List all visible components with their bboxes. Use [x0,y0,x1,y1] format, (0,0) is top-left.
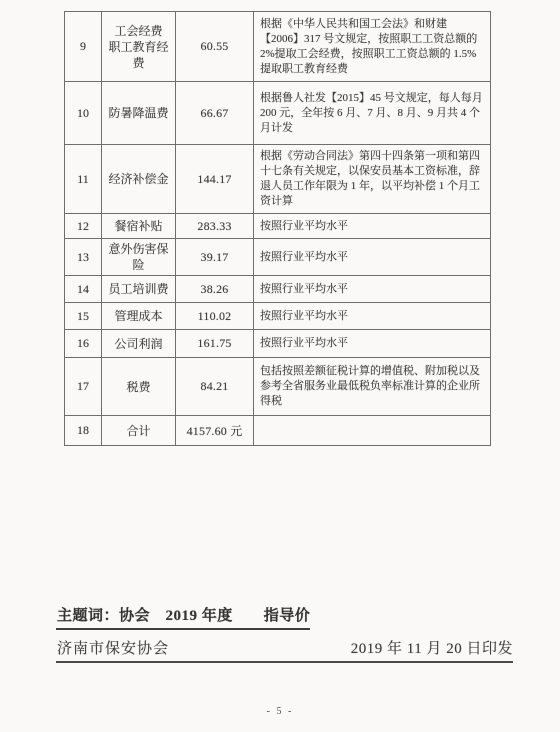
value-cell: 38.26 [176,276,254,303]
row-number-cell: 15 [65,303,102,330]
table-row: 13 意外伤害保险 39.17 按照行业平均水平 [65,239,491,276]
basis-cell [254,416,491,446]
table-row: 14 员工培训费 38.26 按照行业平均水平 [65,276,491,303]
table-row: 9 工会经费 职工教育经费 60.55 根据《中华人民共和国工会法》和财建【20… [65,12,491,82]
row-number-cell: 14 [65,276,102,303]
table-row: 16 公司利润 161.75 按照行业平均水平 [65,330,491,358]
row-number-cell: 12 [65,214,102,239]
row-number-cell: 9 [65,12,102,82]
page-number: - 5 - [0,706,560,717]
item-name-cell: 管理成本 [102,303,176,330]
item-name-cell: 意外伤害保险 [102,239,176,276]
value-cell: 60.55 [176,12,254,82]
row-number-cell: 16 [65,330,102,358]
print-date: 2019 年 11 月 20 日印发 [351,637,513,658]
value-cell: 283.33 [176,214,254,239]
item-name-cell: 防暑降温费 [102,82,176,145]
table-row: 15 管理成本 110.02 按照行业平均水平 [65,303,491,330]
row-number-cell: 11 [65,145,102,214]
basis-cell: 根据《中华人民共和国工会法》和财建【2006】317 号文规定，按照职工工资总额… [254,12,491,82]
basis-cell: 根据鲁人社发【2015】45 号文规定，每人每月 200 元，全年按 6 月、7… [254,82,491,145]
item-name-cell: 员工培训费 [102,276,176,303]
value-cell: 144.17 [176,145,254,214]
horizontal-rule [56,661,513,663]
table-row: 12 餐宿补贴 283.33 按照行业平均水平 [65,214,491,239]
value-cell: 39.17 [176,239,254,276]
value-cell: 84.21 [176,358,254,416]
value-cell: 110.02 [176,303,254,330]
item-name-cell: 公司利润 [102,330,176,358]
document-page: 9 工会经费 职工教育经费 60.55 根据《中华人民共和国工会法》和财建【20… [0,0,560,732]
value-cell: 161.75 [176,330,254,358]
basis-cell: 按照行业平均水平 [254,239,491,276]
horizontal-rule [56,628,310,630]
row-number-cell: 18 [65,416,102,446]
subject-keywords-line: 主题词：协会 2019 年度 指导价 [57,604,310,625]
basis-cell: 根据《劳动合同法》第四十四条第一项和第四十七条有关规定，以保安员基本工资标准，辞… [254,145,491,214]
row-number-cell: 17 [65,358,102,416]
item-name-cell: 经济补偿金 [102,145,176,214]
value-cell: 4157.60 元 [176,416,254,446]
table-row: 11 经济补偿金 144.17 根据《劳动合同法》第四十四条第一项和第四十七条有… [65,145,491,214]
basis-cell: 按照行业平均水平 [254,330,491,358]
table-row: 10 防暑降温费 66.67 根据鲁人社发【2015】45 号文规定，每人每月 … [65,82,491,145]
row-number-cell: 13 [65,239,102,276]
item-name-cell: 税费 [102,358,176,416]
pricing-table: 9 工会经费 职工教育经费 60.55 根据《中华人民共和国工会法》和财建【20… [64,11,491,446]
basis-cell: 按照行业平均水平 [254,303,491,330]
table-row: 18 合计 4157.60 元 [65,416,491,446]
item-name-cell: 餐宿补贴 [102,214,176,239]
basis-cell: 按照行业平均水平 [254,276,491,303]
row-number-cell: 10 [65,82,102,145]
item-name-cell: 合计 [102,416,176,446]
issuing-organization: 济南市保安协会 [57,637,169,658]
value-cell: 66.67 [176,82,254,145]
table-row: 17 税费 84.21 包括按照差额征税计算的增值税、附加税以及参考全省服务业最… [65,358,491,416]
basis-cell: 包括按照差额征税计算的增值税、附加税以及参考全省服务业最低税负率标准计算的企业所… [254,358,491,416]
basis-cell: 按照行业平均水平 [254,214,491,239]
item-name-cell: 工会经费 职工教育经费 [102,12,176,82]
